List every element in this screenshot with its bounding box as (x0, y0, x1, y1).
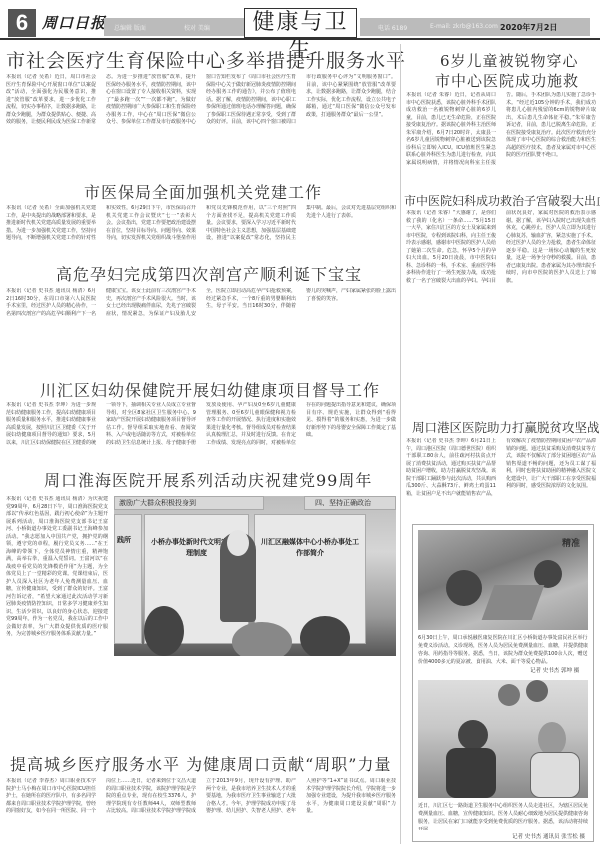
article-body-huaihai-hospital: 本报讯（记者 史书杰 通讯员 杨清）为庆祝建党99周年，6月28日下午，周口淮海… (6, 496, 108, 728)
patient-head (538, 722, 566, 756)
masthead-band-left: 总编辑 版面 校对 美编 (104, 18, 244, 36)
designer-line: 校对 美编 (184, 23, 210, 32)
headline-party-building: 市医保局全面加强机关党建工作 (84, 180, 322, 203)
clinic-photo-caption: 近日，川汇区七一路街道卫生服务中心组织医务人员走进社区，为辖区居民免费测量血压、… (418, 802, 588, 830)
volunteer-photo-credit: 记者 史书杰 郭坤 摄 (530, 666, 596, 674)
headline-child-heart-line1: 6岁儿童被锐物穿心 (440, 50, 579, 71)
audience-head (144, 606, 184, 656)
photo-banner-left: 激励广大群众积极投身到 (114, 496, 264, 510)
patient-body (530, 752, 580, 798)
clinic-photo-credit: 记者 史书杰 通讯员 张雪松 摄 (512, 832, 596, 840)
article-body-huaihai-hospital-cont (114, 662, 396, 730)
audience-head (232, 622, 292, 656)
photo-sign-text: 精准 (562, 536, 580, 549)
article-body-vocational-college: 本报讯（记者 李春杰）周口职业技术学院护士马小梅在周口市中心医院ICU担任护士，… (6, 778, 396, 844)
party-event-photo: 激励广大群众积极投身到 四、坚持正确政治 小桥办事处新时代文明实践管理制度 川汇… (114, 496, 396, 656)
doctor-body (446, 748, 496, 798)
editor-line: 总编辑 版面 (114, 23, 146, 32)
issue-date: 2020年7月2日 (500, 22, 557, 33)
table (482, 585, 545, 620)
paper-name-logo: 周口日报 (42, 12, 106, 33)
masthead-rule (0, 38, 600, 40)
article-body-child-heart: 本报讯（记者 朱睿）近日，记者从周口市中心医院获悉，该院心脏外科手术团队成功救治… (406, 92, 596, 178)
headline-child-heart-line2: 市中心医院成功施救 (435, 70, 579, 91)
phone-line: 电话 6189 (378, 23, 407, 32)
volunteer-photo: 精准 (418, 530, 588, 630)
article-body-poverty-alleviation: 本报讯（记者 史书杰 李坤）6月21日上午，周口港区医院（周口德世医院）组织干部… (406, 438, 596, 516)
headline-poverty-alleviation: 周口港区医院助力打赢脱贫攻坚战 (412, 418, 600, 436)
clinic-photo (418, 680, 588, 798)
article-body-party-building: 本报讯（记者 吴希）全面加强机关党建工作，是中央提出的战略部署和要求，是推进新时… (6, 205, 396, 255)
volunteer-head (446, 570, 482, 606)
photo-board-far-left: 践所 (114, 514, 142, 644)
section-title: 健康与卫生 (244, 8, 357, 38)
audience-head (300, 616, 350, 656)
doctor-head (458, 720, 488, 750)
headline-insurance-center: 市社会医疗生育保险中心多举措提升服务水平 (6, 46, 406, 73)
speaker-face (227, 530, 249, 556)
photo-banner-right: 四、坚持正确政治 (304, 496, 396, 510)
volunteer-photo-caption: 6月30日上午，周口承悦融医康复医院在川汇区小桥街道办事处富民社区举行免费义诊活… (418, 634, 588, 664)
masthead: 6 周口日报 总编辑 版面 校对 美编 电话 6189 E-mail: zkrb… (0, 0, 600, 40)
headline-maternal-child-health: 川汇区妇幼保健院开展妇幼健康项目督导工作 (40, 378, 380, 401)
column-divider (400, 44, 401, 844)
article-body-high-risk-pregnancy: 本报讯（记者 史书杰 通讯员 杨清）6月2日16时30分，在周口市第六人民医院手… (6, 288, 396, 374)
headline-high-risk-pregnancy: 高危孕妇完成第四次剖宫产顺利诞下宝宝 (56, 262, 362, 285)
bystander-head (498, 684, 520, 706)
page-number: 6 (8, 9, 36, 37)
bystander-head (526, 680, 548, 702)
article-body-maternal-child-health: 本报讯（记者 史书杰 李坤）为进一步规范妇幼健康服务工作，提高妇幼健康项目服务质… (6, 402, 396, 466)
article-body-insurance-center: 本报讯（记者 吴希）近日，周口市社会医疗生育保险中心开展窗口单位“以案促改”活动… (6, 74, 396, 178)
headline-vocational-college: 提高城乡医疗服务水平 为健康周口贡献“周职”力量 (10, 752, 391, 775)
email-line: E-mail: zkrb@163.com (430, 23, 498, 30)
volunteer-head (534, 560, 562, 588)
headline-huaihai-hospital: 周口淮海医院开展系列活动庆祝建党99周年 (44, 468, 372, 491)
headline-uterine-rupture: 市中医院妇科成功救治子宫破裂大出血孕妇 (404, 192, 600, 209)
article-body-uterine-rupture: 本报讯（记者 朱睿）“大感谢了，是你们救了我的（化名）一条命……”5月15日一大… (406, 210, 596, 406)
